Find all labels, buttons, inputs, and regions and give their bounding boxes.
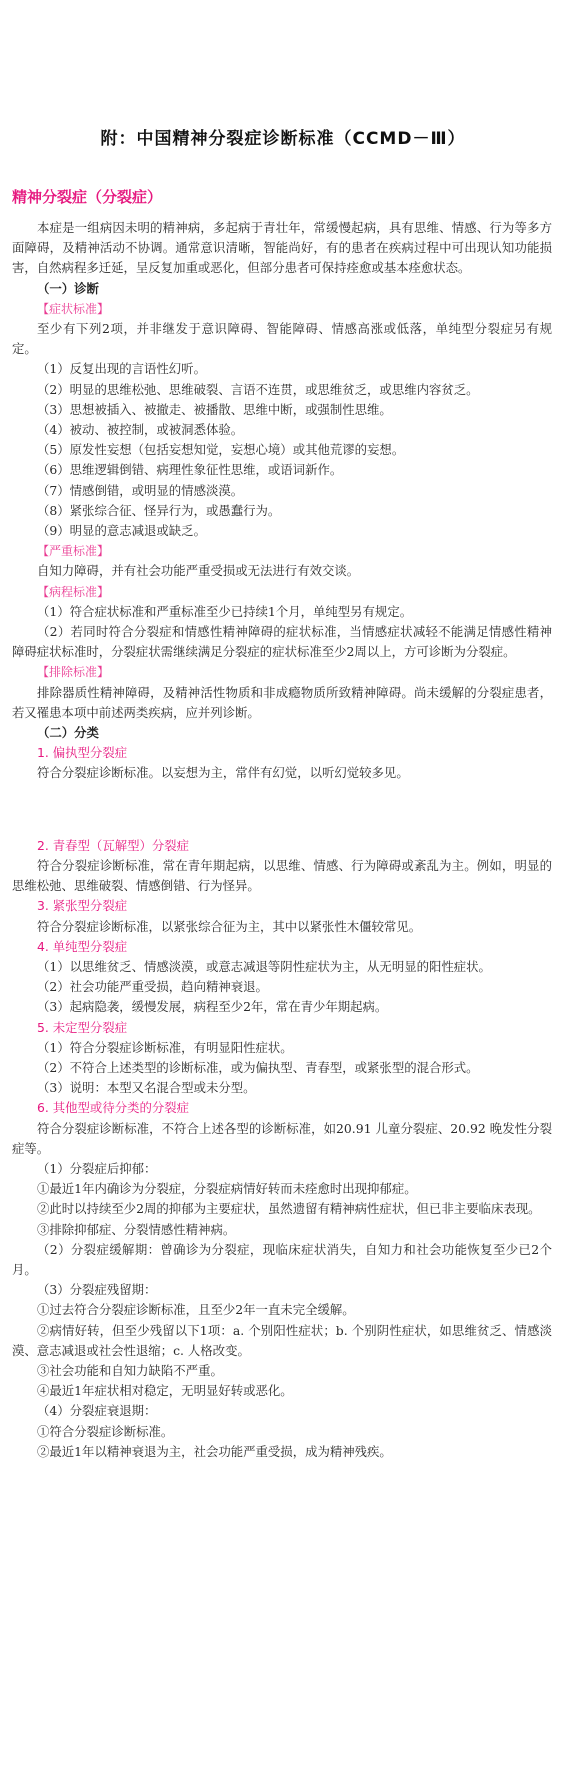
type-line: （1）分裂症后抑郁： — [12, 1159, 552, 1179]
type-title-catatonic: 3. 紧张型分裂症 — [12, 896, 552, 916]
type-line: ①最近1年内确诊为分裂症，分裂症病情好转而未痊愈时出现抑郁症。 — [12, 1179, 552, 1199]
type-line: （1）符合分裂症诊断标准，有明显阳性症状。 — [12, 1038, 552, 1058]
type-line: 符合分裂症诊断标准，不符合上述各型的诊断标准，如20.91 儿童分裂症、20.9… — [12, 1119, 552, 1159]
type-line: 符合分裂症诊断标准，常在青年期起病，以思维、情感、行为障碍或紊乱为主。例如，明显… — [12, 856, 552, 896]
course-criteria-label: 【病程标准】 — [12, 582, 552, 602]
symptom-item: （2）明显的思维松弛、思维破裂、言语不连贯，或思维贫乏，或思维内容贫乏。 — [12, 380, 552, 400]
type-line: ④最近1年症状相对稳定，无明显好转或恶化。 — [12, 1381, 552, 1401]
type-line: （3）说明：本型又名混合型或未分型。 — [12, 1078, 552, 1098]
type-line: （2）社会功能严重受损，趋向精神衰退。 — [12, 977, 552, 997]
type-title-paranoid: 1. 偏执型分裂症 — [12, 743, 552, 763]
type-line: ①过去符合分裂症诊断标准，且至少2年一直未完全缓解。 — [12, 1300, 552, 1320]
section-title: 精神分裂症（分裂症） — [12, 186, 162, 207]
symptom-criteria-label: 【症状标准】 — [12, 299, 552, 319]
symptom-item: （5）原发性妄想（包括妄想知觉，妄想心境）或其他荒谬的妄想。 — [12, 440, 552, 460]
type-line: ②最近1年以精神衰退为主，社会功能严重受损，成为精神残疾。 — [12, 1442, 552, 1462]
type-line: （4）分裂症衰退期： — [12, 1401, 552, 1421]
symptom-item: （9）明显的意志减退或缺乏。 — [12, 521, 552, 541]
type-line: ②此时以持续至少2周的抑郁为主要症状，虽然遗留有精神病性症状，但已非主要临床表现… — [12, 1199, 552, 1219]
symptom-item: （1）反复出现的言语性幻听。 — [12, 359, 552, 379]
type-line: （2）分裂症缓解期：曾确诊为分裂症，现临床症状消失，自知力和社会功能恢复至少已2… — [12, 1240, 552, 1280]
type-line: （3）分裂症残留期： — [12, 1280, 552, 1300]
type-title-simple: 4. 单纯型分裂症 — [12, 937, 552, 957]
symptom-item: （8）紧张综合征、怪异行为，或愚蠢行为。 — [12, 501, 552, 521]
type-line: ②病情好转，但至少残留以下1项：a. 个别阳性症状；b. 个别阴性症状，如思维贫… — [12, 1321, 552, 1361]
spacer — [12, 784, 552, 836]
document-body: 本症是一组病因未明的精神病，多起病于青壮年，常缓慢起病，具有思维、情感、行为等多… — [12, 218, 552, 1462]
severity-criteria-text: 自知力障碍，并有社会功能严重受损或无法进行有效交谈。 — [12, 561, 552, 581]
symptom-criteria-lead: 至少有下列2项，并非继发于意识障碍、智能障碍、情感高涨或低落，单纯型分裂症另有规… — [12, 319, 552, 359]
type-line: ③排除抑郁症、分裂情感性精神病。 — [12, 1220, 552, 1240]
classification-heading: （二）分类 — [12, 723, 552, 743]
type-line: 符合分裂症诊断标准，以紧张综合征为主，其中以紧张性木僵较常见。 — [12, 917, 552, 937]
type-line: （2）不符合上述类型的诊断标准，或为偏执型、青春型，或紧张型的混合形式。 — [12, 1058, 552, 1078]
severity-criteria-label: 【严重标准】 — [12, 541, 552, 561]
document-title: 附：中国精神分裂症诊断标准（CCMD－Ⅲ） — [0, 124, 566, 149]
exclusion-criteria-text: 排除器质性精神障碍，及精神活性物质和非成瘾物质所致精神障碍。尚未缓解的分裂症患者… — [12, 683, 552, 723]
symptom-item: （6）思维逻辑倒错、病理性象征性思维，或语词新作。 — [12, 460, 552, 480]
diagnosis-heading: （一）诊断 — [12, 279, 552, 299]
type-line: （1）以思维贫乏、情感淡漠，或意志减退等阴性症状为主，从无明显的阳性症状。 — [12, 957, 552, 977]
course-item: （2）若同时符合分裂症和情感性精神障碍的症状标准，当情感症状减轻不能满足情感性精… — [12, 622, 552, 662]
type-line: （3）起病隐袭，缓慢发展，病程至少2年，常在青少年期起病。 — [12, 997, 552, 1017]
symptom-item: （7）情感倒错，或明显的情感淡漠。 — [12, 481, 552, 501]
type-title-other: 6. 其他型或待分类的分裂症 — [12, 1098, 552, 1118]
exclusion-criteria-label: 【排除标准】 — [12, 662, 552, 682]
symptom-item: （3）思想被插入、被撤走、被播散、思维中断，或强制性思维。 — [12, 400, 552, 420]
course-item: （1）符合症状标准和严重标准至少已持续1个月，单纯型另有规定。 — [12, 602, 552, 622]
type-title-undifferentiated: 5. 未定型分裂症 — [12, 1018, 552, 1038]
type-line: 符合分裂症诊断标准。以妄想为主，常伴有幻觉，以听幻觉较多见。 — [12, 763, 552, 783]
intro-paragraph: 本症是一组病因未明的精神病，多起病于青壮年，常缓慢起病，具有思维、情感、行为等多… — [12, 218, 552, 279]
type-line: ③社会功能和自知力缺陷不严重。 — [12, 1361, 552, 1381]
type-line: ①符合分裂症诊断标准。 — [12, 1422, 552, 1442]
symptom-item: （4）被动、被控制，或被洞悉体验。 — [12, 420, 552, 440]
type-title-hebephrenic: 2. 青春型（瓦解型）分裂症 — [12, 836, 552, 856]
